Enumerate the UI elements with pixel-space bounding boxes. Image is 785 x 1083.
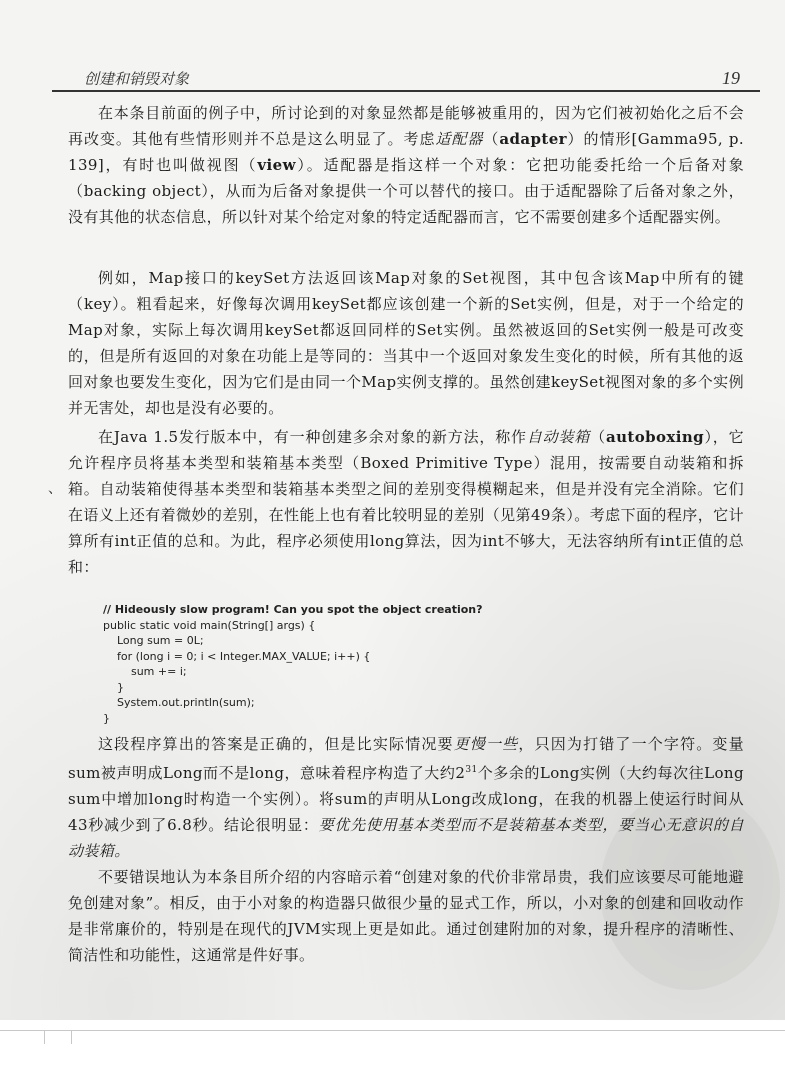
code-line: }: [103, 711, 543, 727]
term-autoboxing-cn: 自动装箱: [527, 428, 590, 446]
page-number: 19: [722, 68, 740, 89]
paragraph-autoboxing: 在Java 1.5发行版本中，有一种创建多余对象的新方法，称作自动装箱（auto…: [68, 424, 744, 580]
code-line: Long sum = 0L;: [103, 633, 543, 649]
text-run: 这段程序算出的答案是正确的，但是比实际情况要: [98, 735, 454, 753]
term-adapter-cn: 适配器: [435, 130, 483, 148]
paragraph-text: 例如，Map接口的keySet方法返回该Map对象的Set视图，其中包含该Map…: [68, 265, 744, 421]
paragraph-text: 不要错误地认为本条目所介绍的内容暗示着“创建对象的代价非常昂贵，我们应该要尽可能…: [68, 864, 744, 968]
code-line: sum += i;: [103, 664, 543, 680]
code-line: // Hideously slow program! Can you spot …: [103, 602, 543, 618]
code-line: for (long i = 0; i < Integer.MAX_VALUE; …: [103, 649, 543, 665]
text-run: ），它允许程序员将基本类型和装箱基本类型（Boxed Primitive Typ…: [68, 428, 744, 576]
emphasis-slower: 更慢一些: [454, 735, 519, 753]
code-line: System.out.println(sum);: [103, 695, 543, 711]
paragraph-performance: 这段程序算出的答案是正确的，但是比实际情况要更慢一些，只因为打错了一个字符。变量…: [68, 731, 744, 864]
paragraph-keyset: 例如，Map接口的keySet方法返回该Map对象的Set视图，其中包含该Map…: [68, 265, 744, 421]
text-run: （: [590, 428, 606, 446]
running-header: 创建和销毁对象 19: [52, 60, 760, 92]
book-page: 创建和销毁对象 19 在本条目前面的例子中，所讨论到的对象显然都是能够被重用的，…: [0, 0, 785, 1020]
margin-mark: 、: [48, 478, 62, 498]
term-view-en: view: [257, 156, 295, 174]
paragraph-object-cost: 不要错误地认为本条目所介绍的内容暗示着“创建对象的代价非常昂贵，我们应该要尽可能…: [68, 864, 744, 968]
term-autoboxing-en: autoboxing: [606, 428, 704, 446]
code-line: public static void main(String[] args) {: [103, 618, 543, 634]
chapter-title: 创建和销毁对象: [84, 68, 189, 89]
code-listing: // Hideously slow program! Can you spot …: [103, 602, 543, 726]
text-run: 在Java 1.5发行版本中，有一种创建多余对象的新方法，称作: [98, 428, 527, 446]
text-run: （: [483, 130, 499, 148]
exponent: 31: [465, 765, 477, 775]
page-edge-tick: [71, 1030, 72, 1044]
paragraph-adapter: 在本条目前面的例子中，所讨论到的对象显然都是能够被重用的，因为它们被初始化之后不…: [68, 100, 744, 230]
page-edge-tick: [44, 1030, 45, 1044]
code-line: }: [103, 680, 543, 696]
term-adapter-en: adapter: [499, 130, 567, 148]
page-edge-rule: [0, 1030, 785, 1031]
